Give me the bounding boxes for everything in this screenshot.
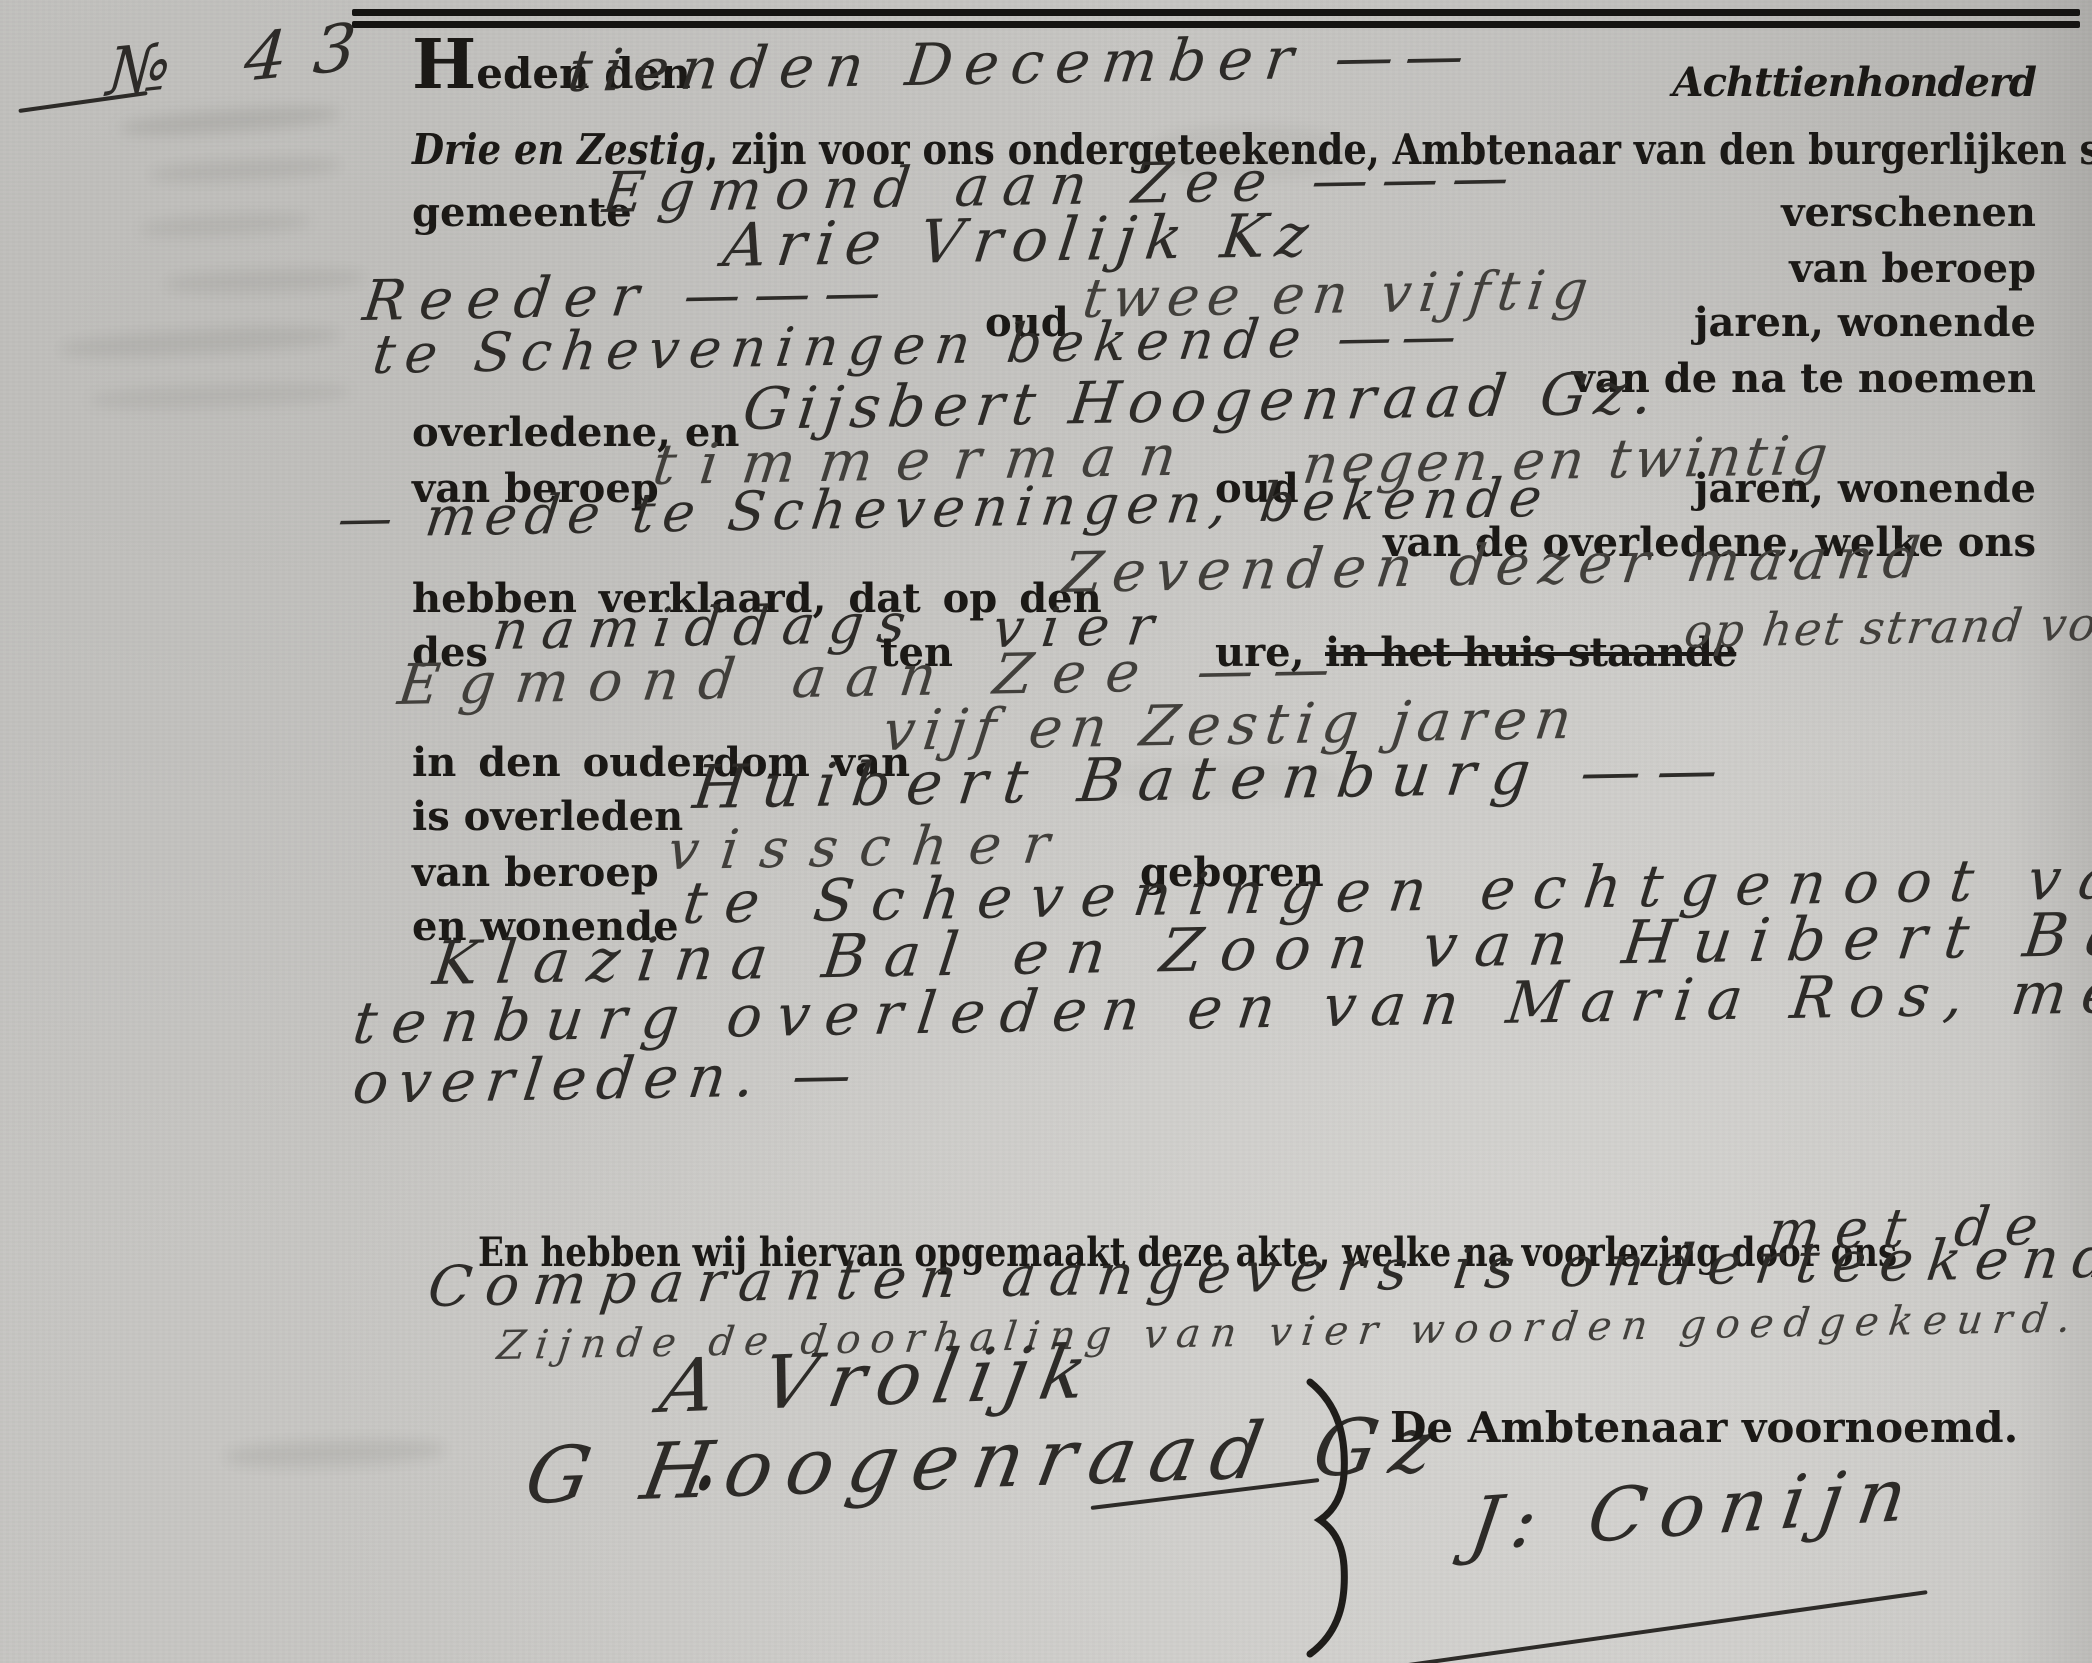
bleed-through-smudge xyxy=(165,267,366,296)
signature-official-flourish xyxy=(1387,1590,1927,1663)
signature-official: J: Conijn xyxy=(1465,1457,1925,1562)
signature-brace xyxy=(1296,1378,1356,1658)
printed-gemeente-label: gemeente xyxy=(412,192,632,234)
bleed-through-smudge xyxy=(150,155,341,185)
bleed-through-smudge xyxy=(90,380,351,411)
handwritten-deceased-name: Huibert Batenburg —— xyxy=(690,740,1737,818)
signature-declarant1: A Vrolijk xyxy=(655,1335,1105,1424)
printed-verschenen: verschenen xyxy=(1781,192,2036,234)
death-record-scan: № 43 Heden den .pr[data-name="printed-he… xyxy=(0,0,2092,1663)
bleed-through-smudge xyxy=(60,323,341,362)
bleed-through-smudge xyxy=(225,1436,446,1470)
handwritten-family-line3: overleden. — xyxy=(350,1045,865,1112)
handwritten-death-day: Zevenden dezer maand xyxy=(1060,531,1933,602)
bleed-through-smudge xyxy=(140,211,311,240)
printed-official-label: De Ambtenaar voornoemd. xyxy=(1390,1406,2018,1450)
printed-is-overleden: is overleden xyxy=(412,796,683,838)
printed-year-achttienhonderd: Achttienhonderd xyxy=(1673,62,2036,104)
printed-jaren-wonende-1: jaren, wonende xyxy=(1694,302,2036,344)
printed-jaren-wonende-2: jaren, wonende xyxy=(1694,468,2036,510)
printed-struck-in-het-huis-staande: in het huis staande xyxy=(1325,632,1736,674)
handwritten-date: tienden December —— xyxy=(565,26,1479,100)
printed-van-beroep-3: van beroep xyxy=(412,852,659,894)
top-rule-upper xyxy=(352,9,2080,16)
bleed-through-smudge xyxy=(120,102,341,139)
act-number: № 43 xyxy=(105,12,385,106)
handwritten-place-of-death: op het strand voor xyxy=(1682,600,2092,654)
printed-van-beroep-1: van beroep xyxy=(1789,248,2036,290)
